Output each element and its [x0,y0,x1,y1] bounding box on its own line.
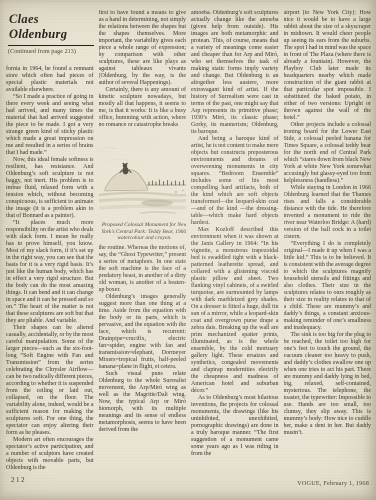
paragraph: Modern art often encourages the spectato… [6,437,94,472]
article-header: Claes Oldenburg (Continued from page 213… [8,12,94,55]
magazine-page: Claes Oldenburg (Continued from page 213… [0,0,376,500]
column-3: amoeba. Oldenburg’s soft sculptures actu… [191,10,279,492]
paragraph: “It places much more responsibility on t… [6,220,94,325]
paragraph: Their shapes can be altered casually, ac… [6,325,94,437]
paragraph: While staying in London in 1966 Oldenbur… [284,185,372,241]
footer-page-number: 212 [11,476,26,484]
paragraph: And being a baroque kind of artist, he i… [191,136,279,227]
paragraph: amoeba. Oldenburg’s soft sculptures actu… [191,10,279,136]
paragraph: “Everything I do is completely original—… [284,241,372,332]
column-3-text: amoeba. Oldenburg’s soft sculptures actu… [191,10,279,458]
column-4: airport [to New York City]: How nice it … [284,10,372,492]
column-1: Claes Oldenburg (Continued from page 213… [6,10,94,492]
teddy-bear-sketch-image [99,133,187,219]
column-1-text: fornia in 1964, he found a remnant store… [6,66,94,472]
paragraph: Other projects include a colossal ironin… [284,122,372,185]
footer-magazine-credit: VOGUE, February 1, 1968 [297,480,369,487]
paragraph: Certainly, there is any amount of kineti… [99,87,187,129]
paragraph: the routine. Whereas the motions of, say… [99,245,187,294]
paragraph: first to have found a means to give us a… [99,10,187,87]
continued-note: (Continued from page 213) [8,49,94,55]
paragraph: Such visual puns relate Oldenburg to the… [99,371,187,434]
article-title: Claes Oldenburg [8,12,94,46]
column-layout: Claes Oldenburg (Continued from page 213… [6,10,371,492]
column-2: first to have found a means to give us a… [99,10,187,492]
paragraph: The sink is too big for the plug to be r… [284,332,372,437]
figure-caption: Proposed Colossal Monument for New York’… [99,222,187,242]
paragraph: airport [to New York City]: How nice it … [284,10,372,122]
skyline-marks [149,180,187,185]
column-2-text-above-figure: first to have found a means to give us a… [99,10,187,129]
paragraph: Now, this ideal female softness is resil… [6,157,94,220]
paragraph: Max Kozloff described this environment w… [191,227,279,395]
paragraph: Oldenburg’s images generally suggest mor… [99,294,187,371]
paragraph: “So I made a practice of going in there … [6,94,94,157]
column-2-text-below-figure: the routine. Whereas the motions of, say… [99,245,187,434]
column-4-text: airport [to New York City]: How nice it … [284,10,372,437]
paragraph: fornia in 1964, he found a remnant store… [6,66,94,94]
teddy-bear-monument-figure: Proposed Colossal Monument for New York’… [99,133,187,242]
paragraph: As to Oldenburg’s most hilarious inventi… [191,395,279,458]
